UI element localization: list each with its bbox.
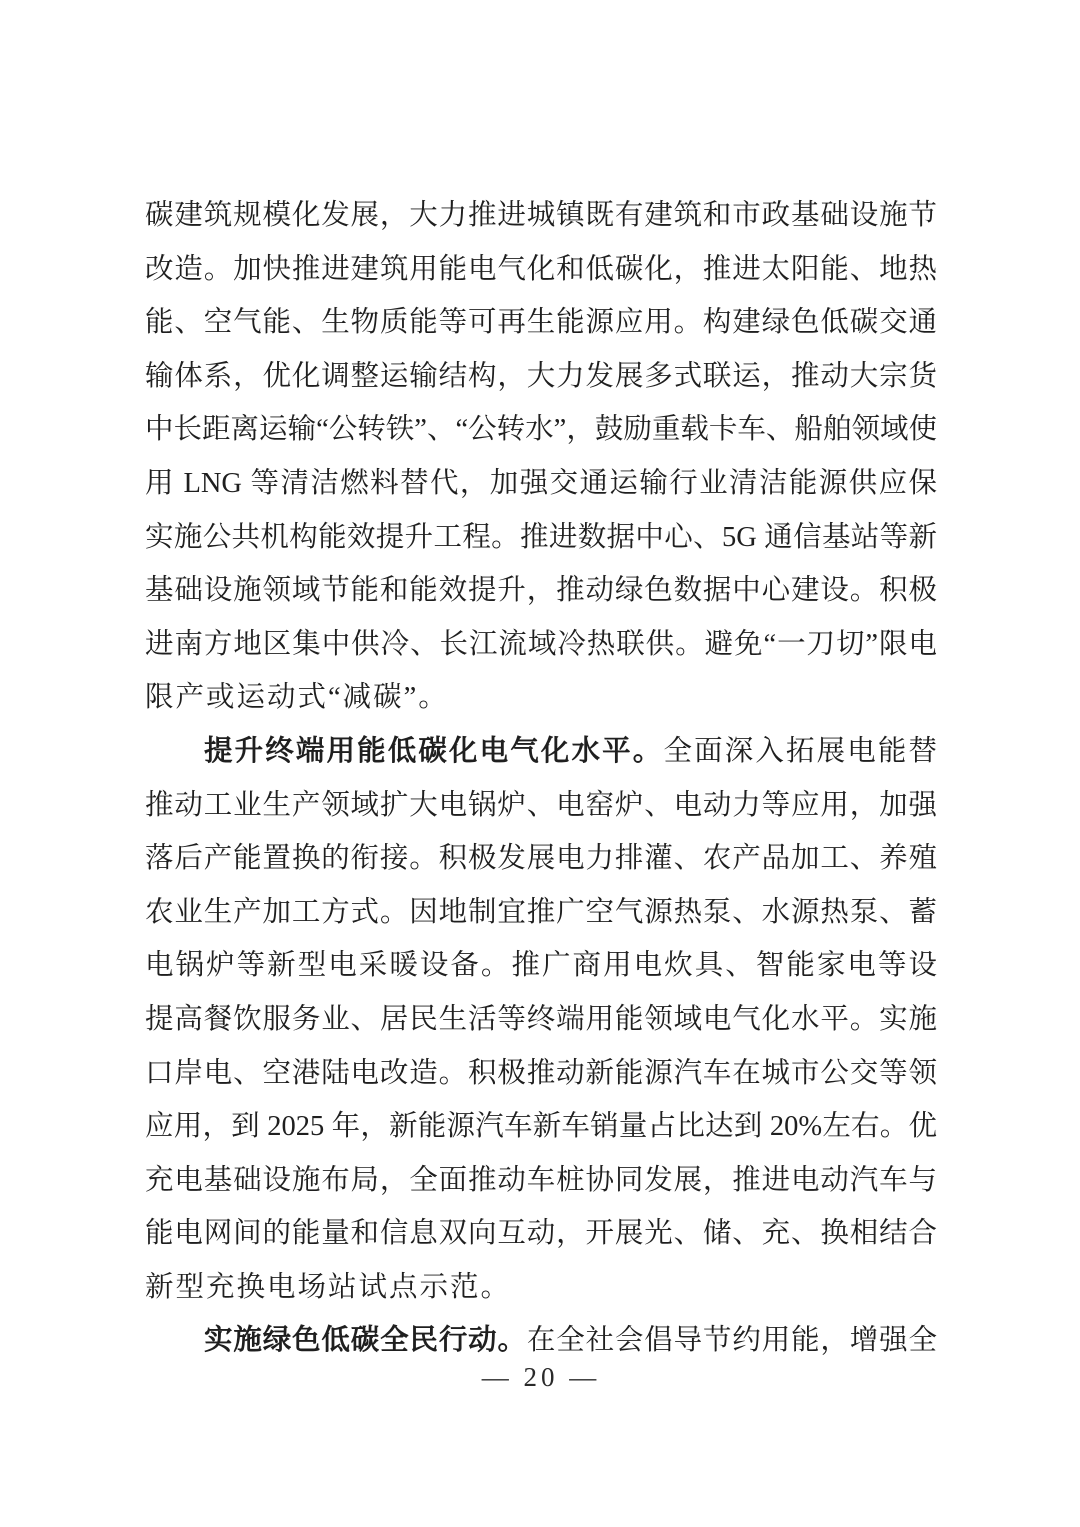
text-line: 推动工业生产领域扩大电锅炉、电窑炉、电动力等应用，加强与 bbox=[145, 779, 937, 833]
text-line: 落后产能置换的衔接。积极发展电力排灌、农产品加工、养殖等 bbox=[145, 832, 937, 886]
text-line: 限产或运动式“减碳”。 bbox=[145, 671, 937, 725]
text-line: 实施公共机构能效提升工程。推进数据中心、5G 通信基站等新型 bbox=[145, 511, 937, 565]
text-line: 电锅炉等新型电采暖设备。推广商用电炊具、智能家电等设施， bbox=[145, 939, 937, 993]
paragraph-lead: 提升终端用能低碳化电气化水平。 bbox=[204, 736, 663, 767]
text-line: 提高餐饮服务业、居民生活等终端用能领域电气化水平。实施港 bbox=[145, 993, 937, 1047]
text-line: 改造。加快推进建筑用能电气化和低碳化，推进太阳能、地热 bbox=[145, 243, 937, 297]
text-line: 基础设施领域节能和能效提升，推动绿色数据中心建设。积极推 bbox=[145, 564, 937, 618]
text-line: 进南方地区集中供冷、长江流域冷热联供。避免“一刀切”限电 bbox=[145, 618, 937, 672]
text-line: 充电基础设施布局，全面推动车桩协同发展，推进电动汽车与智 bbox=[145, 1154, 937, 1208]
text-line: 能、空气能、生物质能等可再生能源应用。构建绿色低碳交通运 bbox=[145, 296, 937, 350]
document-page: 碳建筑规模化发展，大力推进城镇既有建筑和市政基础设施节能改造。加快推进建筑用能电… bbox=[0, 0, 1080, 1527]
text-line: 口岸电、空港陆电改造。积极推动新能源汽车在城市公交等领域 bbox=[145, 1047, 937, 1101]
text-line: 中长距离运输“公转铁”、“公转水”，鼓励重载卡车、船舶领域使 bbox=[145, 403, 937, 457]
text-line: 应用，到 2025 年，新能源汽车新车销量占比达到 20%左右。优化 bbox=[145, 1100, 937, 1154]
text-line: 输体系，优化调整运输结构，大力发展多式联运，推动大宗货物 bbox=[145, 350, 937, 404]
page-number: — 20 — bbox=[145, 1352, 937, 1402]
document-body: 碳建筑规模化发展，大力推进城镇既有建筑和市政基础设施节能改造。加快推进建筑用能电… bbox=[145, 189, 937, 1368]
text-line: 农业生产加工方式。因地制宜推广空气源热泵、水源热泵、蓄热 bbox=[145, 886, 937, 940]
text-line: 新型充换电场站试点示范。 bbox=[145, 1261, 937, 1315]
text-line: 用 LNG 等清洁燃料替代，加强交通运输行业清洁能源供应保障。 bbox=[145, 457, 937, 511]
text-line: 能电网间的能量和信息双向互动，开展光、储、充、换相结合的 bbox=[145, 1207, 937, 1261]
text-line: 提升终端用能低碳化电气化水平。全面深入拓展电能替代， bbox=[145, 725, 937, 779]
text-line: 碳建筑规模化发展，大力推进城镇既有建筑和市政基础设施节能 bbox=[145, 189, 937, 243]
